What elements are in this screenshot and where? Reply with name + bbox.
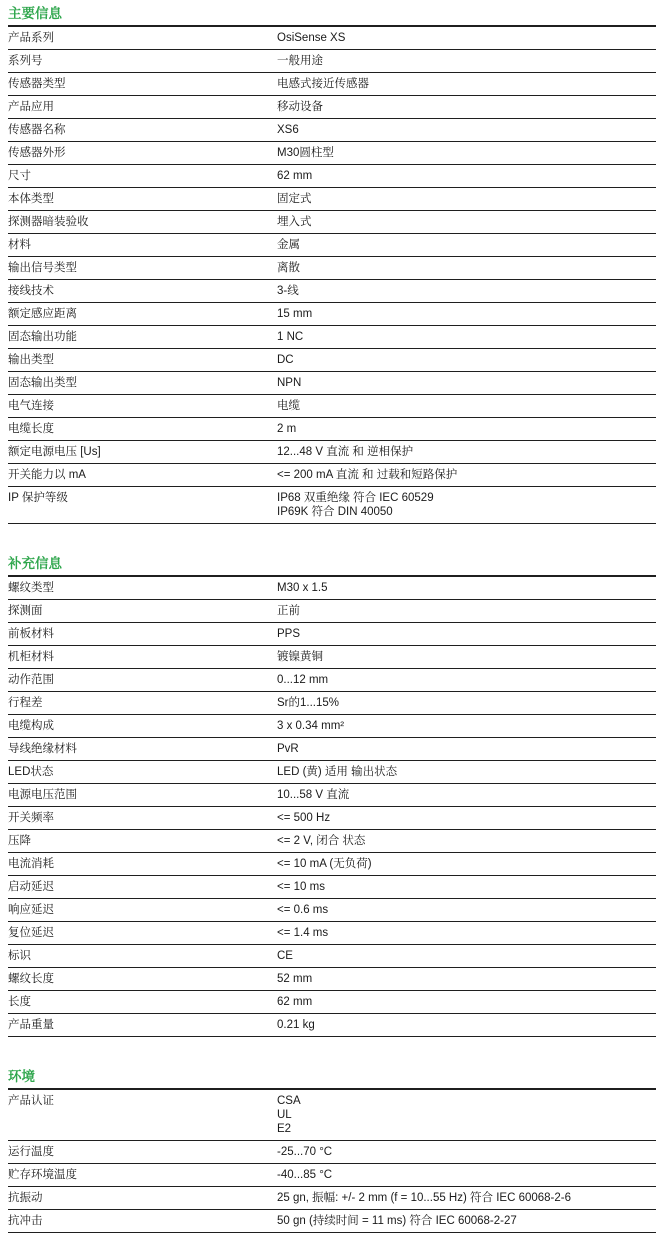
spec-label: 传感器外形 — [8, 142, 277, 165]
spec-table: 产品系列 OsiSense XS 系列号 一般用途 传感器类型 电感式接近传感器… — [8, 27, 656, 524]
spec-value: -25...70 °C — [277, 1141, 656, 1164]
table-row: IP 保护等级 IP68 双重绝缘 符合 IEC 60529IP69K 符合 D… — [8, 487, 656, 524]
table-row: 螺纹长度 52 mm — [8, 968, 656, 991]
spec-section: 环境 产品认证 CSAULE2 运行温度 -25...70 °C 贮存环境温度 … — [8, 1069, 656, 1233]
spec-value: <= 500 Hz — [277, 807, 656, 830]
spec-value-line: CSA — [277, 1094, 656, 1108]
spec-value-line: 2 m — [277, 422, 656, 436]
spec-value: DC — [277, 349, 656, 372]
spec-value-line: Sr的1...15% — [277, 696, 656, 710]
spec-value-line: 0.21 kg — [277, 1018, 656, 1032]
spec-value: 12...48 V 直流 和 逆相保护 — [277, 441, 656, 464]
spec-label: 探测面 — [8, 600, 277, 623]
spec-value-line: PvR — [277, 742, 656, 756]
table-row: 额定感应距离 15 mm — [8, 303, 656, 326]
spec-value-line: 25 gn, 振幅: +/- 2 mm (f = 10...55 Hz) 符合 … — [277, 1191, 656, 1205]
spec-label: 螺纹类型 — [8, 577, 277, 600]
table-row: 传感器外形 M30圆柱型 — [8, 142, 656, 165]
spec-label: 电缆长度 — [8, 418, 277, 441]
table-row: 抗冲击 50 gn (持续时间 = 11 ms) 符合 IEC 60068-2-… — [8, 1210, 656, 1233]
table-row: 行程差 Sr的1...15% — [8, 692, 656, 715]
spec-value: Sr的1...15% — [277, 692, 656, 715]
spec-value: LED (黄) 适用 输出状态 — [277, 761, 656, 784]
table-row: 产品系列 OsiSense XS — [8, 27, 656, 50]
spec-label: 产品应用 — [8, 96, 277, 119]
spec-label: 电流消耗 — [8, 853, 277, 876]
spec-label: 运行温度 — [8, 1141, 277, 1164]
spec-value-line: 0...12 mm — [277, 673, 656, 687]
spec-value: 62 mm — [277, 991, 656, 1014]
spec-value: 固定式 — [277, 188, 656, 211]
spec-value-line: <= 2 V, 闭合 状态 — [277, 834, 656, 848]
spec-value-line: 10...58 V 直流 — [277, 788, 656, 802]
spec-label: 额定电源电压 [Us] — [8, 441, 277, 464]
spec-value: <= 10 ms — [277, 876, 656, 899]
table-row: 本体类型 固定式 — [8, 188, 656, 211]
spec-label: 接线技术 — [8, 280, 277, 303]
spec-value: 电感式接近传感器 — [277, 73, 656, 96]
spec-label: 标识 — [8, 945, 277, 968]
spec-value-line: 62 mm — [277, 995, 656, 1009]
spec-label: 系列号 — [8, 50, 277, 73]
spec-label: 抗冲击 — [8, 1210, 277, 1233]
spec-value-line: <= 0.6 ms — [277, 903, 656, 917]
table-row: 贮存环境温度 -40...85 °C — [8, 1164, 656, 1187]
spec-value: 25 gn, 振幅: +/- 2 mm (f = 10...55 Hz) 符合 … — [277, 1187, 656, 1210]
spec-table: 产品认证 CSAULE2 运行温度 -25...70 °C 贮存环境温度 -40… — [8, 1090, 656, 1233]
table-row: 复位延迟 <= 1.4 ms — [8, 922, 656, 945]
table-row: 接线技术 3-线 — [8, 280, 656, 303]
spec-label: 压降 — [8, 830, 277, 853]
table-row: 电缆长度 2 m — [8, 418, 656, 441]
spec-value: 埋入式 — [277, 211, 656, 234]
table-row: 长度 62 mm — [8, 991, 656, 1014]
spec-value-line: <= 500 Hz — [277, 811, 656, 825]
spec-value-line: 3 x 0.34 mm² — [277, 719, 656, 733]
spec-value-line: 正前 — [277, 604, 656, 618]
spec-value-line: -25...70 °C — [277, 1145, 656, 1159]
table-row: 产品认证 CSAULE2 — [8, 1090, 656, 1141]
table-row: 导线绝缘材料 PvR — [8, 738, 656, 761]
table-row: 电源电压范围 10...58 V 直流 — [8, 784, 656, 807]
spec-label: 产品重量 — [8, 1014, 277, 1037]
spec-value-line: IP69K 符合 DIN 40050 — [277, 505, 656, 519]
spec-value-line: 12...48 V 直流 和 逆相保护 — [277, 445, 656, 459]
spec-label: 输出类型 — [8, 349, 277, 372]
table-row: 开关频率 <= 500 Hz — [8, 807, 656, 830]
spec-value-line: 离散 — [277, 261, 656, 275]
spec-value-line: UL — [277, 1108, 656, 1122]
spec-value-line: M30圆柱型 — [277, 146, 656, 160]
spec-value: <= 10 mA (无负荷) — [277, 853, 656, 876]
spec-value-line: M30 x 1.5 — [277, 581, 656, 595]
spec-label: 机柜材料 — [8, 646, 277, 669]
datasheet-page: 主要信息 产品系列 OsiSense XS 系列号 一般用途 传感器类型 电感式… — [0, 0, 670, 1241]
table-row: 固态输出类型 NPN — [8, 372, 656, 395]
spec-value: <= 200 mA 直流 和 过载和短路保护 — [277, 464, 656, 487]
spec-table-body: 产品认证 CSAULE2 运行温度 -25...70 °C 贮存环境温度 -40… — [8, 1090, 656, 1233]
spec-value-line: <= 1.4 ms — [277, 926, 656, 940]
spec-value-line: CE — [277, 949, 656, 963]
spec-value-line: 52 mm — [277, 972, 656, 986]
spec-section: 补充信息 螺纹类型 M30 x 1.5 探测面 正前 前板材料 PPS 机柜材料… — [8, 556, 656, 1037]
spec-value: 一般用途 — [277, 50, 656, 73]
table-row: 电气连接 电缆 — [8, 395, 656, 418]
spec-value: 10...58 V 直流 — [277, 784, 656, 807]
spec-value-line: <= 10 mA (无负荷) — [277, 857, 656, 871]
spec-value-line: <= 10 ms — [277, 880, 656, 894]
spec-value-line: 15 mm — [277, 307, 656, 321]
table-row: 抗振动 25 gn, 振幅: +/- 2 mm (f = 10...55 Hz)… — [8, 1187, 656, 1210]
spec-label: IP 保护等级 — [8, 487, 277, 524]
table-row: 开关能力以 mA <= 200 mA 直流 和 过载和短路保护 — [8, 464, 656, 487]
spec-value: CSAULE2 — [277, 1090, 656, 1141]
table-row: 产品应用 移动设备 — [8, 96, 656, 119]
table-row: 响应延迟 <= 0.6 ms — [8, 899, 656, 922]
table-row: 额定电源电压 [Us] 12...48 V 直流 和 逆相保护 — [8, 441, 656, 464]
spec-value: <= 1.4 ms — [277, 922, 656, 945]
table-row: 系列号 一般用途 — [8, 50, 656, 73]
table-row: 材料 金属 — [8, 234, 656, 257]
spec-value-line: E2 — [277, 1122, 656, 1136]
table-row: 标识 CE — [8, 945, 656, 968]
spec-sections-container: 主要信息 产品系列 OsiSense XS 系列号 一般用途 传感器类型 电感式… — [8, 6, 656, 1233]
spec-label: 产品系列 — [8, 27, 277, 50]
spec-value-line: 62 mm — [277, 169, 656, 183]
table-row: LED状态 LED (黄) 适用 输出状态 — [8, 761, 656, 784]
section-title: 补充信息 — [8, 556, 656, 577]
spec-value: NPN — [277, 372, 656, 395]
spec-label: 尺寸 — [8, 165, 277, 188]
table-row: 压降 <= 2 V, 闭合 状态 — [8, 830, 656, 853]
spec-value: 2 m — [277, 418, 656, 441]
spec-value-line: 镀镍黄铜 — [277, 650, 656, 664]
spec-label: 传感器名称 — [8, 119, 277, 142]
spec-label: 电源电压范围 — [8, 784, 277, 807]
spec-table-body: 产品系列 OsiSense XS 系列号 一般用途 传感器类型 电感式接近传感器… — [8, 27, 656, 524]
spec-value: IP68 双重绝缘 符合 IEC 60529IP69K 符合 DIN 40050 — [277, 487, 656, 524]
spec-label: 材料 — [8, 234, 277, 257]
table-row: 前板材料 PPS — [8, 623, 656, 646]
spec-label: 开关频率 — [8, 807, 277, 830]
spec-value-line: 电感式接近传感器 — [277, 77, 656, 91]
spec-label: 电气连接 — [8, 395, 277, 418]
spec-value: CE — [277, 945, 656, 968]
spec-value: <= 0.6 ms — [277, 899, 656, 922]
table-row: 动作范围 0...12 mm — [8, 669, 656, 692]
spec-value-line: NPN — [277, 376, 656, 390]
spec-value: 金属 — [277, 234, 656, 257]
spec-label: 固态输出功能 — [8, 326, 277, 349]
table-row: 传感器名称 XS6 — [8, 119, 656, 142]
table-row: 传感器类型 电感式接近传感器 — [8, 73, 656, 96]
spec-label: 固态输出类型 — [8, 372, 277, 395]
spec-label: 探测器暗装验收 — [8, 211, 277, 234]
spec-label: 额定感应距离 — [8, 303, 277, 326]
spec-value-line: 1 NC — [277, 330, 656, 344]
spec-value: 移动设备 — [277, 96, 656, 119]
spec-value: 0.21 kg — [277, 1014, 656, 1037]
table-row: 固态输出功能 1 NC — [8, 326, 656, 349]
spec-label: 螺纹长度 — [8, 968, 277, 991]
spec-label: 启动延迟 — [8, 876, 277, 899]
spec-label: LED状态 — [8, 761, 277, 784]
spec-label: 开关能力以 mA — [8, 464, 277, 487]
spec-value-line: 固定式 — [277, 192, 656, 206]
spec-value-line: 金属 — [277, 238, 656, 252]
spec-value: 镀镍黄铜 — [277, 646, 656, 669]
spec-value-line: PPS — [277, 627, 656, 641]
spec-value-line: IP68 双重绝缘 符合 IEC 60529 — [277, 491, 656, 505]
spec-label: 前板材料 — [8, 623, 277, 646]
spec-value: 62 mm — [277, 165, 656, 188]
spec-value: 3 x 0.34 mm² — [277, 715, 656, 738]
spec-value: 0...12 mm — [277, 669, 656, 692]
spec-value: PvR — [277, 738, 656, 761]
spec-value-line: OsiSense XS — [277, 31, 656, 45]
spec-label: 产品认证 — [8, 1090, 277, 1141]
spec-value: 50 gn (持续时间 = 11 ms) 符合 IEC 60068-2-27 — [277, 1210, 656, 1233]
spec-label: 电缆构成 — [8, 715, 277, 738]
spec-label: 行程差 — [8, 692, 277, 715]
spec-value: -40...85 °C — [277, 1164, 656, 1187]
spec-value-line: 电缆 — [277, 399, 656, 413]
section-title: 环境 — [8, 1069, 656, 1090]
spec-value: 正前 — [277, 600, 656, 623]
spec-value: 15 mm — [277, 303, 656, 326]
spec-label: 复位延迟 — [8, 922, 277, 945]
spec-value: XS6 — [277, 119, 656, 142]
section-title: 主要信息 — [8, 6, 656, 27]
spec-label: 传感器类型 — [8, 73, 277, 96]
spec-value-line: XS6 — [277, 123, 656, 137]
spec-value-line: 一般用途 — [277, 54, 656, 68]
spec-value: 1 NC — [277, 326, 656, 349]
spec-label: 动作范围 — [8, 669, 277, 692]
spec-label: 本体类型 — [8, 188, 277, 211]
spec-value-line: -40...85 °C — [277, 1168, 656, 1182]
table-row: 输出信号类型 离散 — [8, 257, 656, 280]
spec-table: 螺纹类型 M30 x 1.5 探测面 正前 前板材料 PPS 机柜材料 镀镍黄铜… — [8, 577, 656, 1037]
spec-label: 抗振动 — [8, 1187, 277, 1210]
spec-value: PPS — [277, 623, 656, 646]
spec-value: 52 mm — [277, 968, 656, 991]
spec-label: 导线绝缘材料 — [8, 738, 277, 761]
spec-label: 响应延迟 — [8, 899, 277, 922]
table-row: 电缆构成 3 x 0.34 mm² — [8, 715, 656, 738]
table-row: 输出类型 DC — [8, 349, 656, 372]
spec-value-line: LED (黄) 适用 输出状态 — [277, 765, 656, 779]
table-row: 探测面 正前 — [8, 600, 656, 623]
spec-value: <= 2 V, 闭合 状态 — [277, 830, 656, 853]
spec-value: M30圆柱型 — [277, 142, 656, 165]
table-row: 运行温度 -25...70 °C — [8, 1141, 656, 1164]
table-row: 产品重量 0.21 kg — [8, 1014, 656, 1037]
spec-label: 输出信号类型 — [8, 257, 277, 280]
spec-label: 贮存环境温度 — [8, 1164, 277, 1187]
spec-value: 3-线 — [277, 280, 656, 303]
table-row: 尺寸 62 mm — [8, 165, 656, 188]
spec-value-line: 埋入式 — [277, 215, 656, 229]
spec-value-line: 3-线 — [277, 284, 656, 298]
spec-value: 离散 — [277, 257, 656, 280]
spec-value: M30 x 1.5 — [277, 577, 656, 600]
spec-value-line: DC — [277, 353, 656, 367]
spec-value-line: 移动设备 — [277, 100, 656, 114]
spec-table-body: 螺纹类型 M30 x 1.5 探测面 正前 前板材料 PPS 机柜材料 镀镍黄铜… — [8, 577, 656, 1037]
table-row: 探测器暗装验收 埋入式 — [8, 211, 656, 234]
table-row: 电流消耗 <= 10 mA (无负荷) — [8, 853, 656, 876]
spec-value: 电缆 — [277, 395, 656, 418]
spec-value-line: <= 200 mA 直流 和 过载和短路保护 — [277, 468, 656, 482]
spec-value: OsiSense XS — [277, 27, 656, 50]
table-row: 机柜材料 镀镍黄铜 — [8, 646, 656, 669]
table-row: 螺纹类型 M30 x 1.5 — [8, 577, 656, 600]
spec-section: 主要信息 产品系列 OsiSense XS 系列号 一般用途 传感器类型 电感式… — [8, 6, 656, 524]
spec-value-line: 50 gn (持续时间 = 11 ms) 符合 IEC 60068-2-27 — [277, 1214, 656, 1228]
table-row: 启动延迟 <= 10 ms — [8, 876, 656, 899]
spec-label: 长度 — [8, 991, 277, 1014]
